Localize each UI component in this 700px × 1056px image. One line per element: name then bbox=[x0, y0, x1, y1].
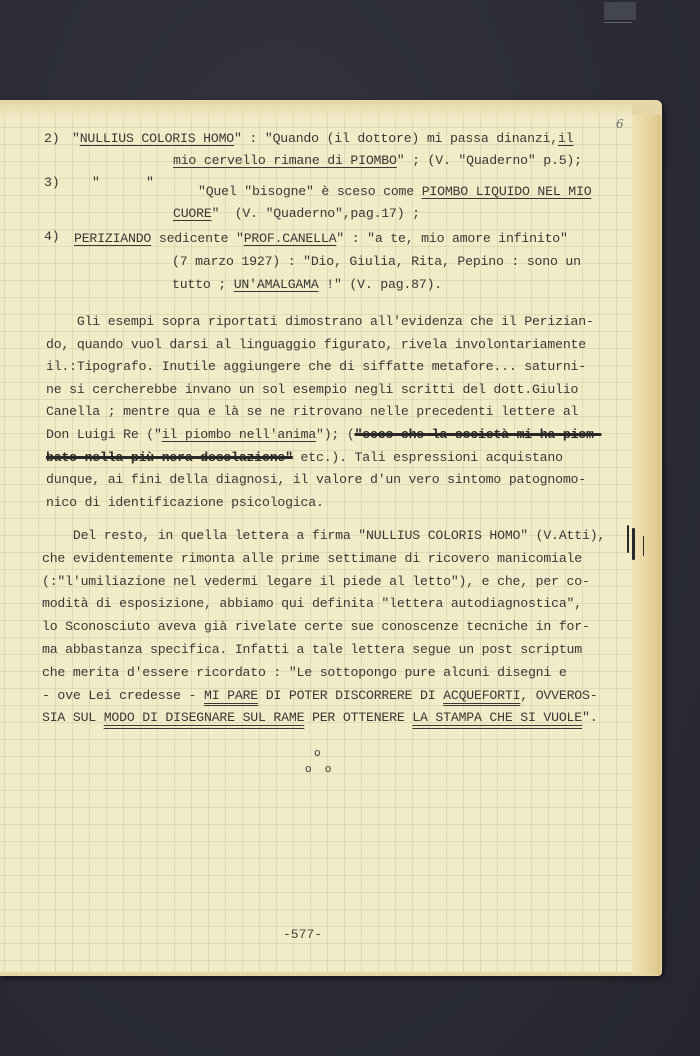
paragraph-line: Don Luigi Re ("il piombo nell'anima"); (… bbox=[46, 424, 601, 446]
handwritten-mark: 6 bbox=[616, 117, 624, 131]
list-number: 4) bbox=[44, 226, 59, 248]
list-item-line: tutto ; UN'AMALGAMA !" (V. pag.87). bbox=[172, 274, 442, 296]
paragraph-line: ma abbastanza specifica. Infatti a tale … bbox=[42, 639, 582, 661]
paragraph-line: che evidentemente rimonta alle prime set… bbox=[42, 548, 582, 570]
page-number: -577- bbox=[283, 927, 322, 942]
list-item-line: "Quel "bisogne" è sceso come PIOMBO LIQU… bbox=[198, 181, 591, 203]
list-item-line: CUORE" (V. "Quaderno",pag.17) ; bbox=[173, 203, 420, 225]
paragraph-line: bato nella più nera desolazione" etc.). … bbox=[46, 447, 563, 469]
paragraph-line: che merita d'essere ricordato : "Le sott… bbox=[42, 662, 567, 684]
paragraph-line: Gli esempi sopra riportati dimostrano al… bbox=[46, 311, 594, 333]
paragraph-line: - ove Lei credesse - MI PARE DI POTER DI… bbox=[42, 685, 597, 707]
list-item-line: mio cervello rimane di PIOMBO" ; (V. "Qu… bbox=[173, 150, 582, 172]
paragraph-line: nico di identificazione psicologica. bbox=[46, 492, 324, 514]
list-number: 2) bbox=[44, 128, 59, 150]
section-separator-top: o bbox=[314, 748, 321, 760]
paragraph-line: do, quando vuol darsi al linguaggio figu… bbox=[46, 334, 586, 356]
paragraph-line: SIA SUL MODO DI DISEGNARE SUL RAME PER O… bbox=[42, 707, 597, 729]
paragraph-line: modità di esposizione, abbiamo qui defin… bbox=[42, 593, 582, 615]
list-item-line: "NULLIUS COLORIS HOMO" : "Quando (il dot… bbox=[72, 128, 573, 150]
paragraph-line: il.:Tipografo. Inutile aggiungere che di… bbox=[46, 356, 586, 378]
paragraph-line: lo Sconosciuto aveva già rivelate certe … bbox=[42, 616, 590, 638]
list-number: 3) bbox=[44, 172, 59, 194]
paragraph-line: Canella ; mentre qua e là se ne ritrovan… bbox=[46, 401, 578, 423]
list-item-line: (7 marzo 1927) : "Dio, Giulia, Rita, Pep… bbox=[172, 251, 581, 273]
ink-margin-mark bbox=[632, 528, 635, 560]
list-item-line: PERIZIANDO sedicente "PROF.CANELLA" : "a… bbox=[74, 228, 568, 250]
ink-margin-mark bbox=[643, 536, 644, 556]
paragraph-line: ne si cercherebbe invano un sol esempio … bbox=[46, 379, 578, 401]
paragraph-line: Del resto, in quella lettera a firma "NU… bbox=[42, 525, 605, 547]
archive-stamp-mark bbox=[604, 12, 632, 23]
ditto-marks: " " bbox=[92, 172, 154, 194]
ink-margin-mark bbox=[627, 525, 629, 553]
section-separator-bottom: o o bbox=[305, 764, 331, 776]
paragraph-line: dunque, ai fini della diagnosi, il valor… bbox=[46, 469, 586, 491]
paragraph-line: (:"l'umiliazione nel vedermi legare il p… bbox=[42, 571, 590, 593]
